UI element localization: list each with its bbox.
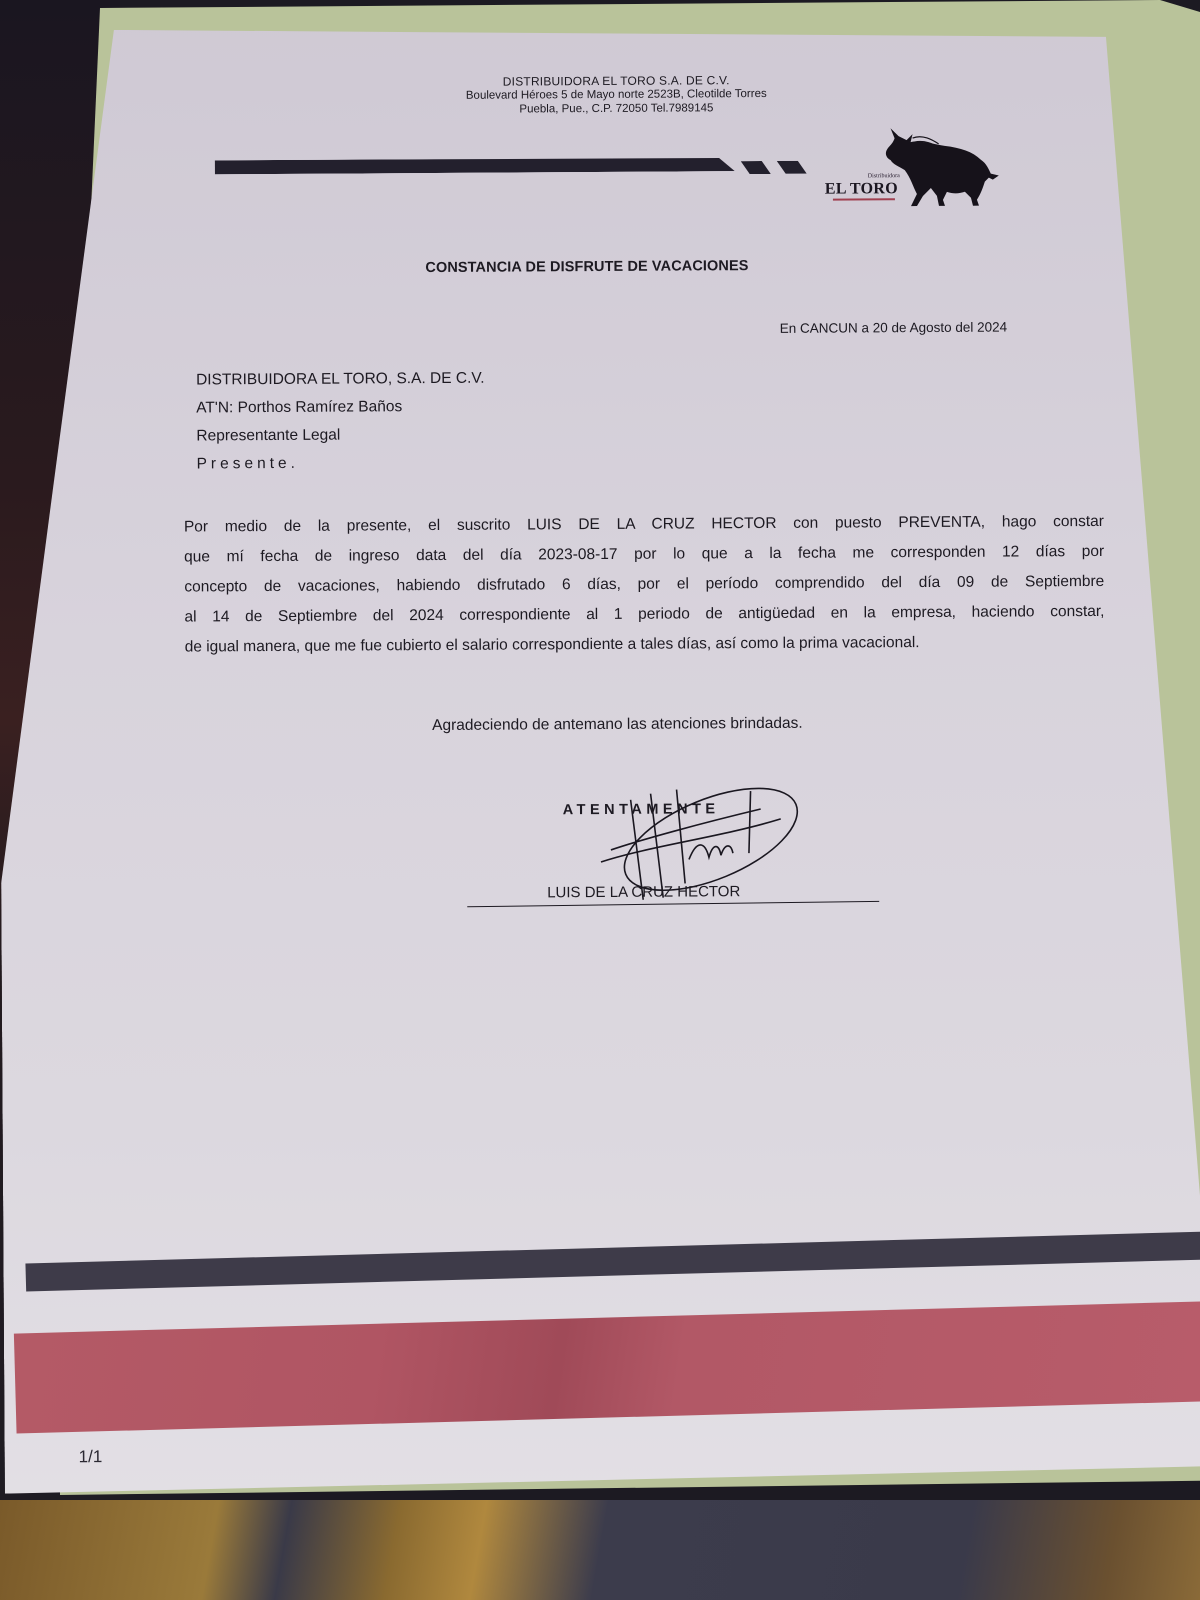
document-sheet: DISTRIBUIDORA EL TORO S.A. DE C.V. Boule… (0, 0, 1200, 1600)
logo-wordmark: EL TORO (825, 180, 898, 198)
body-paragraph: Por medio de la presente, el suscrito LU… (184, 507, 1105, 663)
body-line: de igual manera, que me fue cubierto el … (185, 627, 1105, 663)
closing-text: Agradeciendo de antemano las atenciones … (432, 715, 803, 735)
company-logo: Distribuidora EL TORO (825, 126, 1006, 212)
body-line: al 14 de Septiembre del 2024 correspondi… (184, 597, 1104, 633)
logo-subtitle: Distribuidora (868, 173, 900, 179)
place-date: En CANCUN a 20 de Agosto del 2024 (780, 320, 1007, 336)
recipient-attention: AT'N: Porthos Ramírez Baños (196, 393, 485, 423)
letterhead: DISTRIBUIDORA EL TORO S.A. DE C.V. Boule… (386, 72, 846, 117)
logo-tagline-bar (833, 198, 895, 200)
page-number: 1/1 (79, 1447, 103, 1467)
document-title: CONSTANCIA DE DISFRUTE DE VACACIONES (425, 258, 748, 276)
recipient-presente: Presente. (196, 449, 485, 479)
recipient-role: Representante Legal (196, 421, 485, 451)
recipient-block: DISTRIBUIDORA EL TORO, S.A. DE C.V. AT'N… (196, 365, 485, 479)
letterhead-address-line2: Puebla, Pue., C.P. 72050 Tel.7989145 (386, 100, 846, 117)
signer-name: LUIS DE LA CRUZ HECTOR (547, 883, 740, 901)
recipient-company: DISTRIBUIDORA EL TORO, S.A. DE C.V. (196, 365, 485, 395)
